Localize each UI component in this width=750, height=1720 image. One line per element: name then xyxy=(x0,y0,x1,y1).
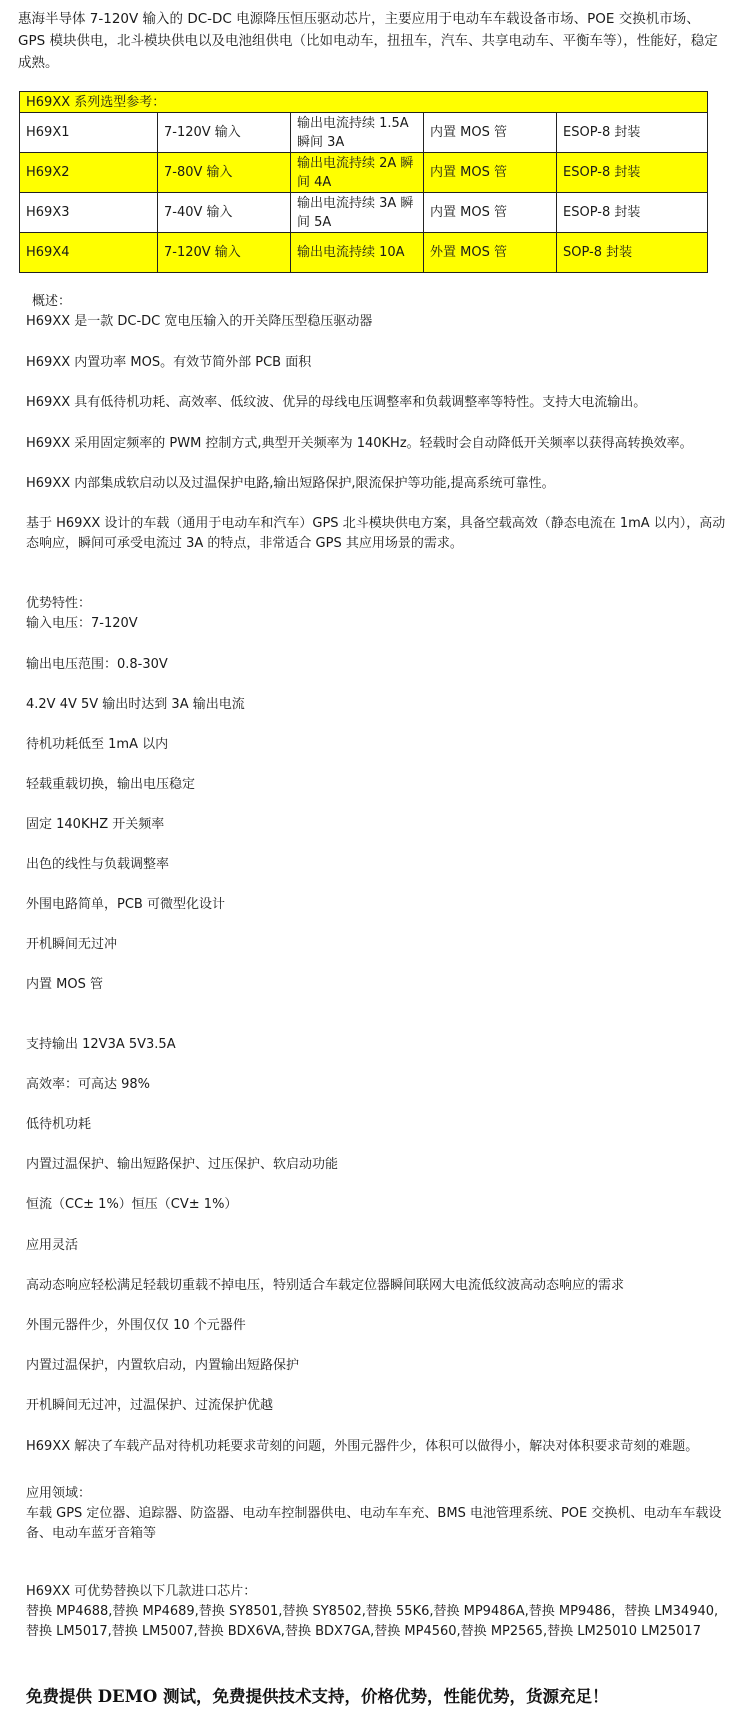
feature-item: H69XX 解决了车载产品对待机功耗要求苛刻的问题，外围元器件少，体积可以做得小… xyxy=(26,1437,726,1457)
mos-cell: 内置 MOS 管 xyxy=(424,113,557,153)
feature-item: 内置 MOS 管 xyxy=(26,975,726,995)
feature-item: 轻载重载切换，输出电压稳定 xyxy=(26,775,726,795)
feature-item: 外围电路简单，PCB 可微型化设计 xyxy=(26,895,726,915)
feature-item: 开机瞬间无过冲，过温保护、过流保护优越 xyxy=(26,1396,726,1416)
output-cell: 输出电流持续 10A xyxy=(291,233,424,273)
feature-item: 高效率：可高达 98% xyxy=(26,1075,726,1095)
input-cell: 7-120V 输入 xyxy=(158,113,291,153)
feature-item: 待机功耗低至 1mA 以内 xyxy=(26,735,726,755)
input-cell: 7-80V 输入 xyxy=(158,153,291,193)
feature-item: 外围元器件少，外围仅仅 10 个元器件 xyxy=(26,1316,726,1336)
mos-cell: 内置 MOS 管 xyxy=(424,193,557,233)
overview-paragraph: H69XX 内部集成软启动以及过温保护电路,输出短路保护,限流保护等功能,提高系… xyxy=(26,474,726,494)
spec-table: H69XX 系列选型参考： H69X1 7-120V 输入 输出电流持续 1.5… xyxy=(19,91,708,273)
table-row: H69X4 7-120V 输入 输出电流持续 10A 外置 MOS 管 SOP-… xyxy=(20,233,708,273)
applications-heading: 应用领域： xyxy=(26,1484,726,1504)
feature-item: 内置过温保护，内置软启动，内置输出短路保护 xyxy=(26,1356,726,1376)
feature-item: 支持输出 12V3A 5V3.5A xyxy=(26,1035,726,1055)
overview-paragraph: H69XX 采用固定频率的 PWM 控制方式,典型开关频率为 140KHz。轻载… xyxy=(26,434,726,454)
applications-text: 车载 GPS 定位器、追踪器、防盗器、电动车控制器供电、电动车车充、BMS 电池… xyxy=(26,1504,726,1544)
replacements-heading: H69XX 可优势替换以下几款进口芯片： xyxy=(26,1582,726,1602)
feature-item: 4.2V 4V 5V 输出时达到 3A 输出电流 xyxy=(26,695,726,715)
package-cell: ESOP-8 封装 xyxy=(557,113,708,153)
promo-banner: 免费提供 DEMO 测试，免费提供技术支持，价格优势，性能优势，货源充足！ xyxy=(26,1683,726,1707)
overview-paragraph: H69XX 具有低待机功耗、高效率、低纹波、优异的母线电压调整率和负载调整率等特… xyxy=(26,393,726,413)
input-cell: 7-40V 输入 xyxy=(158,193,291,233)
table-row: H69X3 7-40V 输入 输出电流持续 3A 瞬间 5A 内置 MOS 管 … xyxy=(20,193,708,233)
output-cell: 输出电流持续 2A 瞬间 4A xyxy=(291,153,424,193)
feature-item: 内置过温保护、输出短路保护、过压保护、软启动功能 xyxy=(26,1155,726,1175)
overview-paragraph: H69XX 是一款 DC-DC 宽电压输入的开关降压型稳压驱动器 xyxy=(26,312,726,332)
spec-table-title: H69XX 系列选型参考： xyxy=(20,92,708,113)
input-cell: 7-120V 输入 xyxy=(158,233,291,273)
model-cell: H69X4 xyxy=(20,233,158,273)
mos-cell: 内置 MOS 管 xyxy=(424,153,557,193)
package-cell: ESOP-8 封装 xyxy=(557,193,708,233)
package-cell: SOP-8 封装 xyxy=(557,233,708,273)
feature-item: 输出电压范围：0.8-30V xyxy=(26,655,726,675)
feature-item: 输入电压：7-120V xyxy=(26,614,726,634)
feature-item: 固定 140KHZ 开关频率 xyxy=(26,815,726,835)
features-heading: 优势特性： xyxy=(26,594,726,614)
mos-cell: 外置 MOS 管 xyxy=(424,233,557,273)
intro-paragraph: 惠海半导体 7-120V 输入的 DC-DC 电源降压恒压驱动芯片，主要应用于电… xyxy=(18,8,718,74)
overview-paragraph: H69XX 内置功率 MOS。有效节简外部 PCB 面积 xyxy=(26,353,726,373)
feature-item: 应用灵活 xyxy=(26,1236,726,1256)
feature-item: 开机瞬间无过冲 xyxy=(26,935,726,955)
spec-table-title-row: H69XX 系列选型参考： xyxy=(20,92,708,113)
feature-item: 低待机功耗 xyxy=(26,1115,726,1135)
model-cell: H69X3 xyxy=(20,193,158,233)
overview-heading: 概述： xyxy=(32,292,732,312)
model-cell: H69X1 xyxy=(20,113,158,153)
feature-item: 高动态响应轻松满足轻载切重载不掉电压，特别适合车载定位器瞬间联网大电流低纹波高动… xyxy=(26,1276,726,1296)
output-cell: 输出电流持续 1.5A 瞬间 3A xyxy=(291,113,424,153)
overview-paragraph: 基于 H69XX 设计的车载（通用于电动车和汽车）GPS 北斗模块供电方案，具备… xyxy=(26,514,726,554)
model-cell: H69X2 xyxy=(20,153,158,193)
table-row: H69X2 7-80V 输入 输出电流持续 2A 瞬间 4A 内置 MOS 管 … xyxy=(20,153,708,193)
feature-item: 出色的线性与负载调整率 xyxy=(26,855,726,875)
package-cell: ESOP-8 封装 xyxy=(557,153,708,193)
replacements-text: 替换 MP4688,替换 MP4689,替换 SY8501,替换 SY8502,… xyxy=(26,1602,726,1642)
feature-item: 恒流（CC± 1%）恒压（CV± 1%） xyxy=(26,1195,726,1215)
table-row: H69X1 7-120V 输入 输出电流持续 1.5A 瞬间 3A 内置 MOS… xyxy=(20,113,708,153)
output-cell: 输出电流持续 3A 瞬间 5A xyxy=(291,193,424,233)
